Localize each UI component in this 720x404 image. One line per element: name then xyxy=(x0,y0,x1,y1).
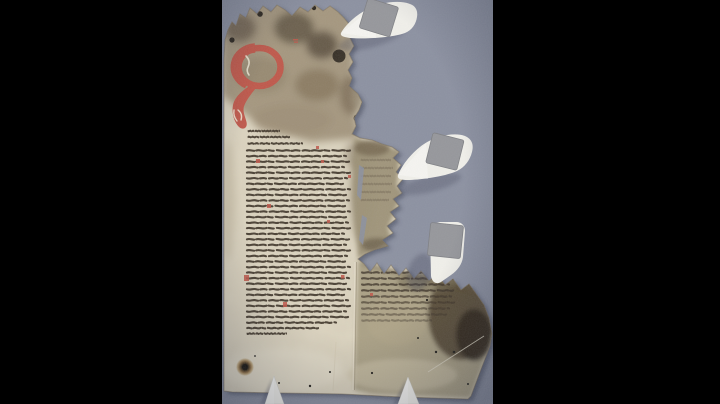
grain-overlay xyxy=(222,0,493,404)
photo-canvas xyxy=(222,0,493,404)
video-frame xyxy=(0,0,720,404)
letterbox-left xyxy=(0,0,222,404)
letterbox-right xyxy=(493,0,720,404)
manuscript-photo xyxy=(222,0,493,404)
